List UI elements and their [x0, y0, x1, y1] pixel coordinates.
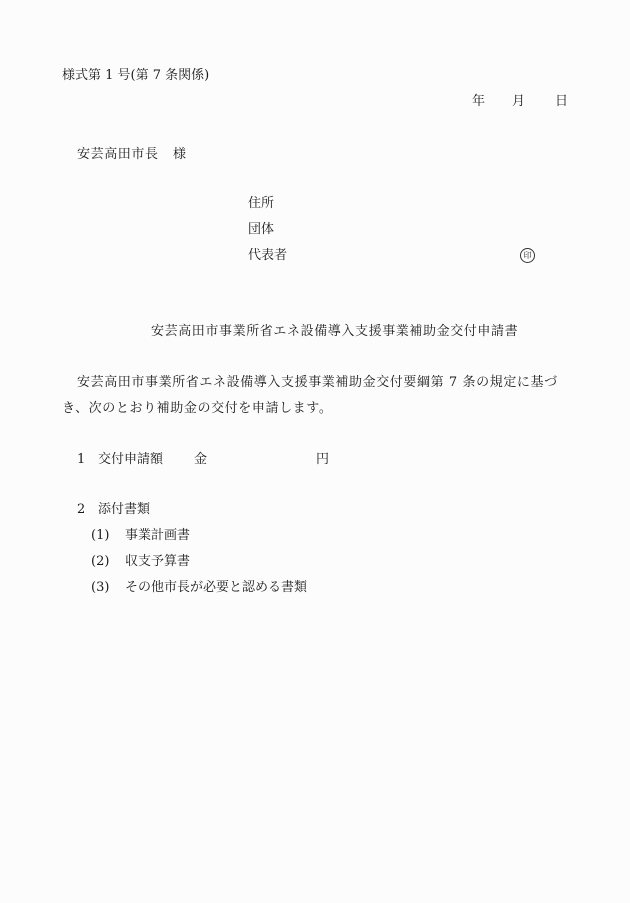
section2-label: 添付書類	[98, 503, 150, 516]
section1-label: 交付申請額	[98, 453, 163, 466]
date-year-label: 年	[472, 95, 485, 108]
applicant-address-label: 住所	[248, 197, 274, 210]
section1-currency-prefix: 金	[194, 453, 207, 466]
document-title: 安芸高田市事業所省エネ設備導入支援事業補助金交付申請書	[151, 325, 518, 338]
attachment-number-3: (3)	[91, 581, 109, 594]
section1-number: 1	[77, 453, 85, 466]
attachment-text-1: 事業計画書	[125, 529, 190, 542]
attachment-text-2: 収支予算書	[125, 555, 190, 568]
body-line-1: 安芸高田市事業所省エネ設備導入支援事業補助金交付要綱第 7 条の規定に基づ	[77, 376, 558, 389]
form-number: 様式第 1 号(第 7 条関係)	[62, 69, 209, 82]
applicant-organization-label: 団体	[248, 223, 274, 236]
attachment-number-2: (2)	[91, 555, 109, 568]
section2-number: 2	[77, 503, 85, 516]
body-line-2: き、次のとおり補助金の交付を申請します。	[62, 402, 332, 415]
seal-icon: 印	[520, 248, 535, 263]
date-month-label: 月	[512, 95, 525, 108]
section1-currency-suffix: 円	[316, 453, 329, 466]
date-day-label: 日	[555, 95, 568, 108]
attachment-text-3: その他市長が必要と認める書類	[125, 581, 307, 594]
applicant-representative-label: 代表者	[248, 249, 287, 262]
addressee-name: 安芸高田市長	[77, 148, 159, 161]
addressee-honorific: 様	[173, 148, 186, 161]
attachment-number-1: (1)	[91, 529, 109, 542]
